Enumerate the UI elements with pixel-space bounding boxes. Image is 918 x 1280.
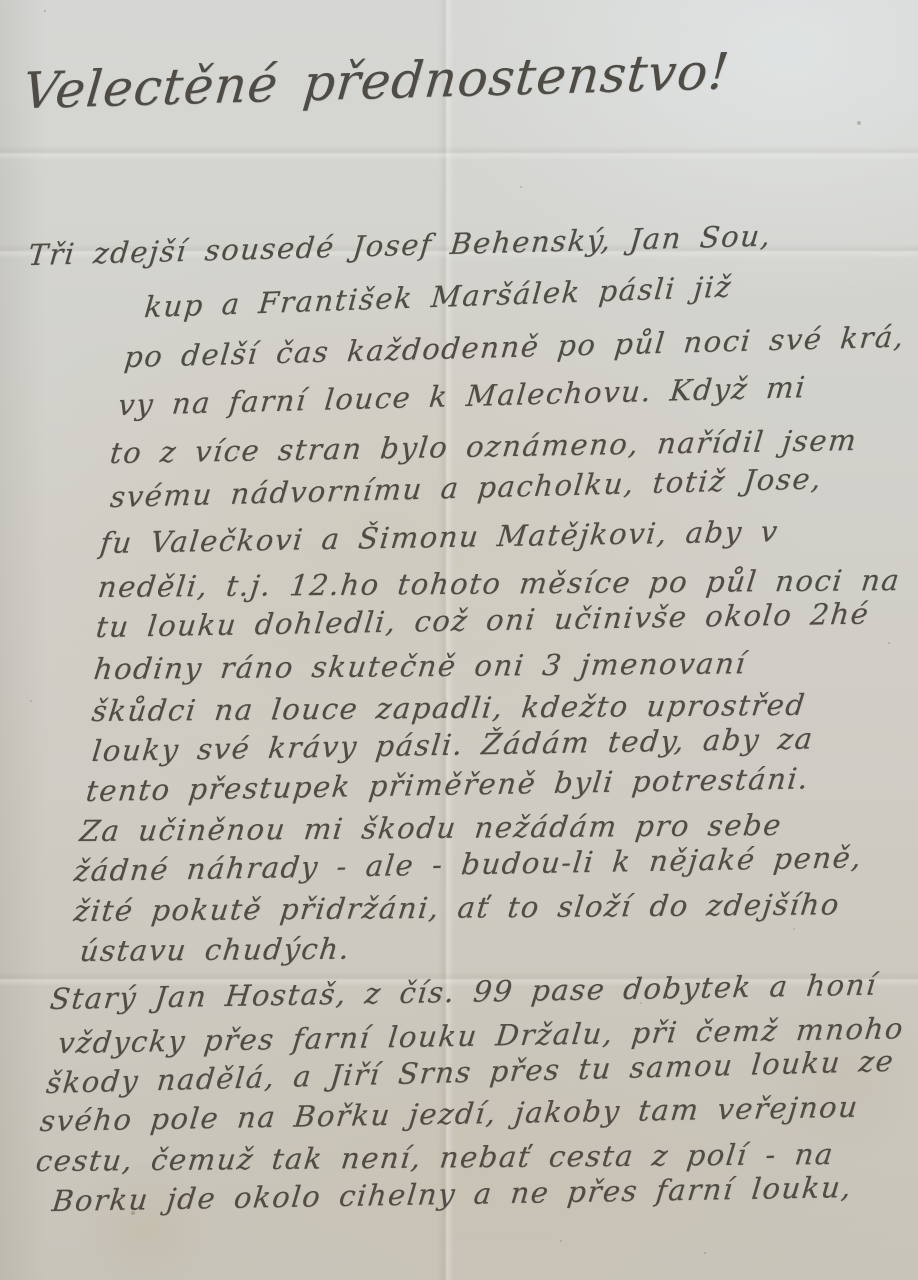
handwritten-line: tu louku dohledli, což oni učinivše okol… [94,597,871,645]
letter-page: Velectěné přednostenstvo! Tři zdejší sou… [0,0,918,1280]
handwritten-line: Borku jde okolo cihelny a ne přes farní … [50,1170,854,1218]
handwritten-line: žité pokutě přidržáni, ať to složí do zd… [72,887,842,928]
handwritten-line: Starý Jan Hostaš, z čís. 99 pase dobytek… [48,968,878,1016]
letter-body: Tři zdejší sousedé Josef Behenský, Jan S… [0,0,918,1280]
handwritten-line: Za učiněnou mi škodu nežádám pro sebe [78,808,784,848]
handwritten-line: kup a František Maršálek pásli již [143,269,734,324]
handwritten-line: svému nádvornímu a pacholku, totiž Jose, [109,461,824,514]
handwritten-line: louky své krávy pásli. Žádám tedy, aby z… [90,721,815,768]
handwritten-line: vy na farní louce k Malechovu. Když mi [117,370,808,422]
handwritten-line: hodiny ráno skutečně oni 3 jmenovaní [92,646,748,686]
handwritten-line: Tři zdejší sousedé Josef Behenský, Jan S… [27,219,773,273]
handwritten-line: ústavu chudých. [78,932,352,968]
handwritten-line: fu Valečkovi a Šimonu Matějkovi, aby v [98,514,780,560]
handwritten-line: žádné náhrady - ale - budou-li k nějaké … [72,840,864,888]
handwritten-line: po delší čas každodenně po půl noci své … [123,320,907,375]
handwritten-line: tento přestupek přiměřeně byli potrestán… [84,761,811,808]
handwritten-line: škůdci na louce zapadli, kdežto uprostře… [90,688,808,728]
